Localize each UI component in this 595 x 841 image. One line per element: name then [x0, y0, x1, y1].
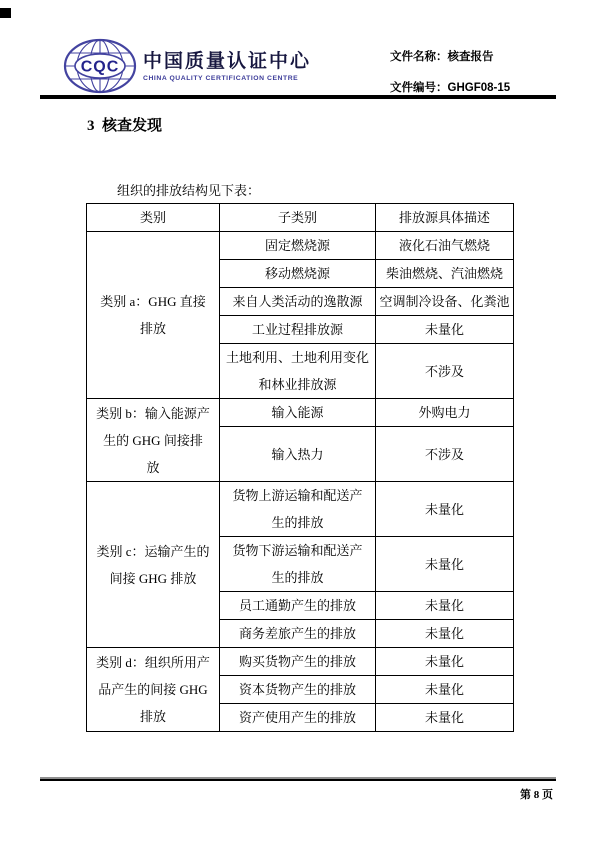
- header-rule: [40, 95, 556, 99]
- subcategory-cell: 资产使用产生的排放: [220, 704, 376, 732]
- description-cell: 外购电力: [376, 399, 514, 427]
- description-cell: 液化石油气燃烧: [376, 232, 514, 260]
- description-cell: 空调制冷设备、化粪池: [376, 288, 514, 316]
- subcategory-cell: 员工通勤产生的排放: [220, 592, 376, 620]
- subcategory-cell: 货物上游运输和配送产 生的排放: [220, 482, 376, 537]
- category-cell: 类别 b：输入能源产 生的 GHG 间接排 放: [87, 399, 220, 482]
- footer-rule: [40, 779, 556, 781]
- col-header-subcategory: 子类别: [220, 204, 376, 232]
- doc-name-label: 文件名称：核查报告: [390, 48, 494, 64]
- subcategory-cell: 工业过程排放源: [220, 316, 376, 344]
- category-cell: 类别 c：运输产生的 间接 GHG 排放: [87, 482, 220, 648]
- subcategory-cell: 土地利用、土地利用变化 和林业排放源: [220, 344, 376, 399]
- description-cell: 未量化: [376, 648, 514, 676]
- description-cell: 未量化: [376, 592, 514, 620]
- table-row: 类别 b：输入能源产 生的 GHG 间接排 放输入能源外购电力: [87, 399, 514, 427]
- table-header-row: 类别 子类别 排放源具体描述: [87, 204, 514, 232]
- subcategory-cell: 移动燃烧源: [220, 260, 376, 288]
- intro-text: 组织的排放结构见下表：: [117, 180, 260, 199]
- description-cell: 未量化: [376, 704, 514, 732]
- table-row: 类别 d：组织所用产 品产生的间接 GHG 排放购买货物产生的排放未量化: [87, 648, 514, 676]
- scan-corner-mark: [0, 8, 11, 18]
- subcategory-cell: 来自人类活动的逸散源: [220, 288, 376, 316]
- subcategory-cell: 资本货物产生的排放: [220, 676, 376, 704]
- section-title: 3 核查发现: [87, 114, 162, 135]
- table-row: 类别 a：GHG 直接 排放固定燃烧源液化石油气燃烧: [87, 232, 514, 260]
- subcategory-cell: 购买货物产生的排放: [220, 648, 376, 676]
- subcategory-cell: 货物下游运输和配送产 生的排放: [220, 537, 376, 592]
- col-header-description: 排放源具体描述: [376, 204, 514, 232]
- brand-name-cn: 中国质量认证中心: [143, 46, 383, 73]
- page-number: 第 8 页: [520, 786, 553, 802]
- cqc-acronym: CQC: [81, 59, 120, 76]
- table-row: 类别 c：运输产生的 间接 GHG 排放货物上游运输和配送产 生的排放未量化: [87, 482, 514, 537]
- description-cell: 柴油燃烧、汽油燃烧: [376, 260, 514, 288]
- doc-number-label: 文件编号：GHGF08-15: [390, 79, 510, 95]
- category-cell: 类别 a：GHG 直接 排放: [87, 232, 220, 399]
- cqc-globe-icon: CQC: [62, 37, 138, 95]
- description-cell: 未量化: [376, 482, 514, 537]
- description-cell: 不涉及: [376, 427, 514, 482]
- brand-name-en: CHINA QUALITY CERTIFICATION CENTRE: [143, 75, 383, 82]
- brand-block: 中国质量认证中心 CHINA QUALITY CERTIFICATION CEN…: [143, 46, 383, 82]
- category-cell: 类别 d：组织所用产 品产生的间接 GHG 排放: [87, 648, 220, 732]
- subcategory-cell: 输入能源: [220, 399, 376, 427]
- description-cell: 未量化: [376, 620, 514, 648]
- description-cell: 不涉及: [376, 344, 514, 399]
- subcategory-cell: 商务差旅产生的排放: [220, 620, 376, 648]
- table-body: 类别 a：GHG 直接 排放固定燃烧源液化石油气燃烧移动燃烧源柴油燃烧、汽油燃烧…: [87, 232, 514, 732]
- col-header-category: 类别: [87, 204, 220, 232]
- description-cell: 未量化: [376, 316, 514, 344]
- document-page: CQC 中国质量认证中心 CHINA QUALITY CERTIFICATION…: [0, 0, 595, 841]
- description-cell: 未量化: [376, 676, 514, 704]
- emissions-table: 类别 子类别 排放源具体描述 类别 a：GHG 直接 排放固定燃烧源液化石油气燃…: [86, 203, 514, 732]
- description-cell: 未量化: [376, 537, 514, 592]
- subcategory-cell: 输入热力: [220, 427, 376, 482]
- subcategory-cell: 固定燃烧源: [220, 232, 376, 260]
